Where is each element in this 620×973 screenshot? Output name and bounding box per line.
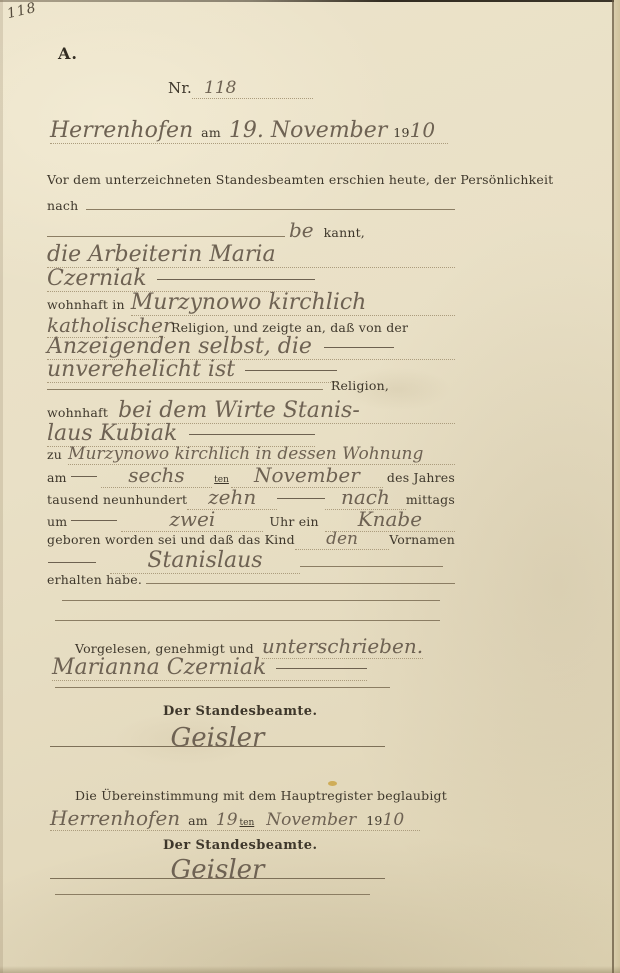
certification-year-written: 10	[383, 810, 405, 830]
birth-hour-value: zwei	[169, 507, 215, 531]
filler-stroke	[277, 496, 325, 499]
anzeigenden-text: Anzeigenden selbst, die	[47, 334, 312, 359]
residence-value: Murzynowo kirchlich	[131, 290, 367, 315]
nach-line: nach	[47, 198, 455, 216]
registrar-signature-line-1: Geisler	[50, 718, 385, 747]
stamp-mark	[328, 781, 337, 786]
child-sex-value: Knabe	[358, 507, 422, 531]
um-label: um	[47, 514, 67, 529]
child-name-entry: Stanislaus	[110, 548, 300, 574]
nach-label: nach	[47, 198, 78, 213]
page-right-edge	[614, 0, 620, 973]
vorgelesen-printed: Vorgelesen, genehmigt und	[75, 641, 254, 656]
registrar-title-text: Der Standesbeamte.	[163, 704, 317, 719]
uhr-ein-label: Uhr ein	[269, 514, 318, 529]
mittags-label: mittags	[406, 492, 455, 507]
filler-stroke	[276, 666, 367, 669]
declarant-signature: Marianna Czerniak	[52, 655, 266, 680]
birth-day-value: sechs	[128, 463, 184, 487]
certification-date-line: Herrenhofen am 19 ten November 19 10	[50, 806, 420, 831]
blank-rule	[55, 687, 390, 688]
am-label: am	[47, 470, 67, 485]
des-jahres-label: des Jahres	[387, 470, 455, 485]
intro-text: Vor dem unterzeichneten Standesbeamten e…	[47, 172, 553, 187]
certification-place: Herrenhofen	[50, 806, 180, 830]
filler-stroke	[245, 368, 337, 371]
blank-rule	[55, 894, 370, 895]
declarant-signature-line: Marianna Czerniak	[52, 655, 367, 681]
bekannt-line: be kannt,	[47, 218, 455, 240]
vornamen-label: Vornamen	[389, 532, 455, 547]
vornamen-line: geboren worden sei und daß das Kind den …	[47, 529, 455, 550]
registrar-title-1: Der Standesbeamte.	[163, 704, 313, 719]
blank-rule	[300, 566, 443, 567]
erhalten-label: erhalten habe.	[47, 572, 142, 587]
erhalten-line: erhalten habe.	[47, 572, 455, 588]
place-date-line: Herrenhofen am 19. November 19 10	[50, 118, 448, 144]
religion-label: Religion,	[331, 378, 389, 393]
declarant-line-1: die Arbeiterin Maria	[47, 242, 455, 268]
bekannt-printed: kannt,	[324, 225, 365, 240]
filler-stroke	[157, 277, 315, 280]
nr-entry: 118	[192, 78, 313, 99]
am-label: am	[201, 125, 221, 140]
declarant-entry: Czerniak	[47, 266, 315, 292]
intro-line: Vor dem unterzeichneten Standesbeamten e…	[47, 172, 455, 187]
bekannt-handwritten: be	[289, 218, 314, 242]
ten-suffix: ten	[240, 818, 255, 828]
registrar-signature-line-2: Geisler	[50, 850, 385, 879]
blank-rule	[55, 620, 440, 621]
certification-date-entry: Herrenhofen am 19 ten November 19 10	[50, 806, 420, 831]
record-number-line: Nr. 118	[168, 78, 313, 99]
declarant-entry: die Arbeiterin Maria	[47, 242, 455, 268]
page-bottom-edge	[0, 966, 620, 973]
den-entry: den	[295, 529, 389, 550]
scanned-page: 118 A. Nr. 118 Herrenhofen am 19. Novemb…	[0, 0, 620, 973]
certification-year-printed: 19	[366, 813, 382, 828]
den-value: den	[326, 529, 358, 549]
ten-suffix: ten	[214, 475, 229, 485]
religion-blank-line: Religion,	[47, 378, 389, 396]
host-text: bei dem Wirte Stanis-	[118, 398, 360, 423]
birth-place-entry: Murzynowo kirchlich in dessen Wohnung	[68, 444, 455, 465]
declarant-line-2: Czerniak	[47, 266, 315, 292]
certification-statement: Die Übereinstimmung mit dem Hauptregiste…	[75, 788, 447, 803]
year-printed: 19	[393, 125, 409, 140]
declarant-surname: Czerniak	[47, 266, 147, 291]
blank-rule	[47, 236, 285, 237]
registrar-signature-2: Geisler	[171, 855, 265, 885]
certification-month: November	[266, 810, 356, 830]
registrar-signature-1: Geisler	[171, 723, 265, 753]
form-section-letter: A.	[58, 44, 78, 63]
geboren-sentence: geboren worden sei und daß das Kind	[47, 532, 295, 547]
filler-stroke	[189, 432, 315, 435]
wohnhaft-label: wohnhaft	[47, 405, 108, 420]
blank-rule	[62, 600, 440, 601]
filler-stroke	[71, 474, 97, 477]
certification-statement-line: Die Übereinstimmung mit dem Hauptregiste…	[75, 788, 415, 803]
birth-place-value: Murzynowo kirchlich in dessen Wohnung	[68, 444, 423, 464]
tausend-label: tausend neunhundert	[47, 492, 187, 507]
registry-corner-note: 118	[6, 0, 39, 22]
place-value: Herrenhofen	[50, 118, 193, 143]
filler-stroke	[71, 518, 117, 521]
child-name-value: Stanislaus	[147, 548, 262, 573]
host-text-2: laus Kubiak	[47, 421, 177, 446]
nr-label: Nr.	[168, 79, 192, 97]
blank-rule	[146, 583, 455, 584]
filler-stroke	[48, 560, 96, 563]
blank-rule	[86, 209, 455, 210]
birth-place-line: zu Murzynowo kirchlich in dessen Wohnung	[47, 444, 455, 465]
am-label: am	[188, 813, 208, 828]
nr-value: 118	[204, 78, 236, 98]
wohnhaft-in-label: wohnhaft in	[47, 297, 125, 312]
religion-sentence: Religion, und zeigte an, daß von der	[171, 320, 408, 335]
place-date-entry: Herrenhofen am 19. November 19 10	[50, 118, 448, 144]
page-top-edge	[0, 0, 620, 2]
blank-rule	[47, 389, 323, 390]
date-value: 19. November	[229, 118, 387, 143]
child-name-line: Stanislaus	[48, 548, 443, 574]
declarant-text: die Arbeiterin Maria	[47, 242, 276, 267]
year-written: 10	[410, 118, 435, 142]
zu-label: zu	[47, 447, 62, 462]
birth-month-value: November	[254, 463, 360, 487]
filler-stroke	[324, 345, 394, 348]
birth-year-value: zehn	[208, 485, 256, 509]
certification-day: 19	[216, 810, 238, 830]
declarant-signature-entry: Marianna Czerniak	[52, 655, 367, 681]
page-left-edge	[0, 0, 3, 973]
nach-vor-value: nach	[341, 485, 390, 509]
